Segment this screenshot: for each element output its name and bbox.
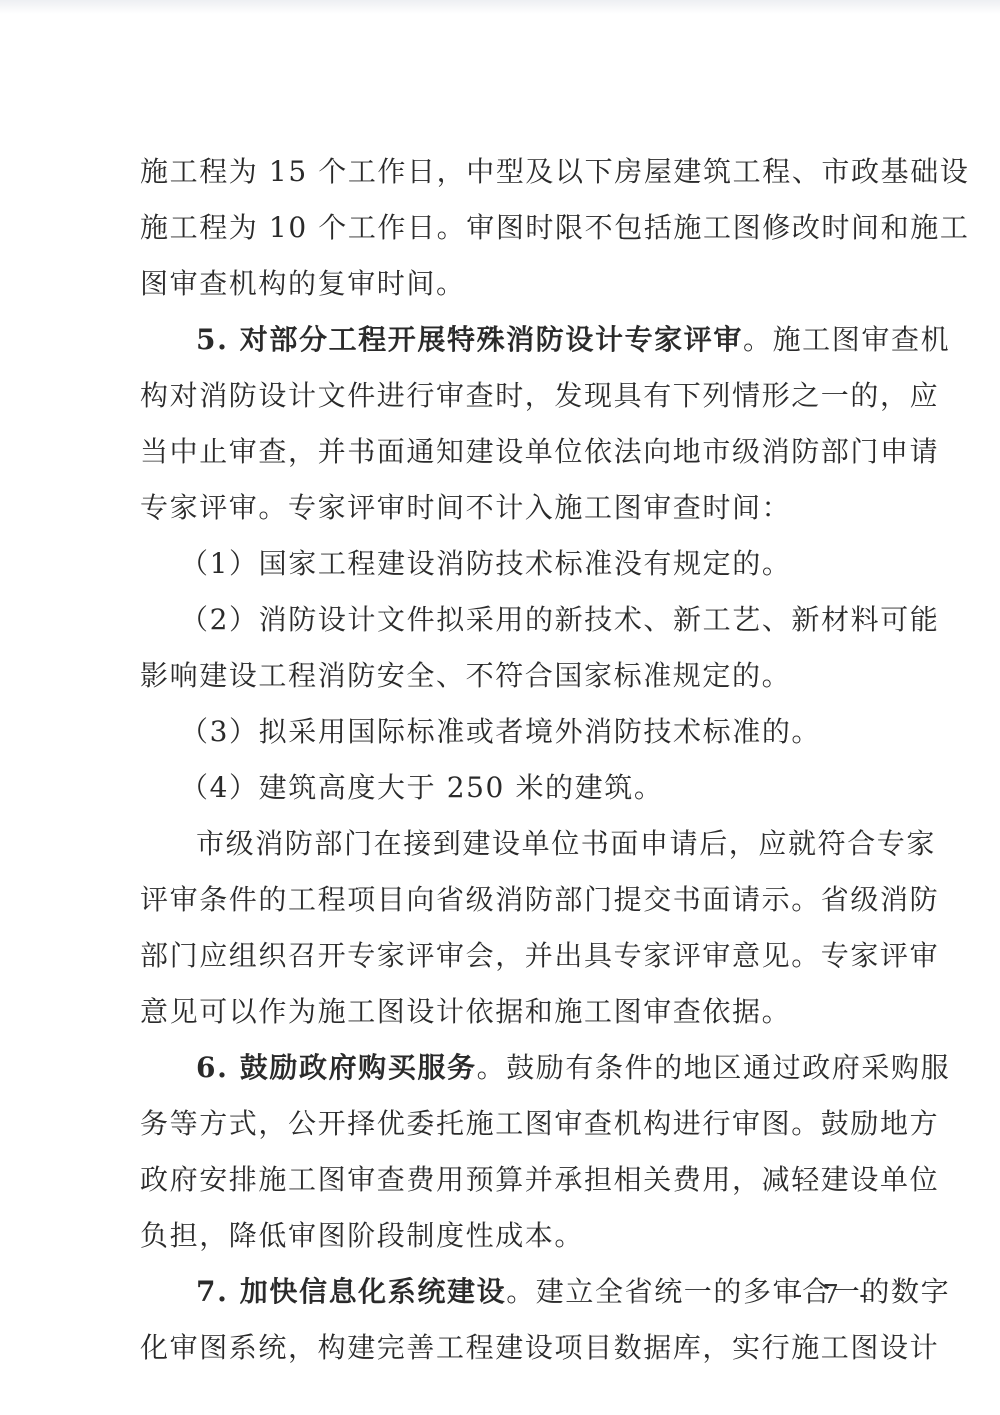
section-6-heading-tail: 。鼓励有条件的地区通过政府采购服 (477, 1051, 951, 1084)
text-line: 化审图系统，构建完善工程建设项目数据库，实行施工图设计 (140, 1328, 939, 1368)
text-line: 图审查机构的复审时间。 (140, 264, 466, 304)
list-item-1: （1）国家工程建设消防技术标准没有规定的。 (180, 544, 791, 584)
text-line: 政府安排施工图审查费用预算并承担相关费用，减轻建设单位 (140, 1160, 939, 1200)
text-line: 负担，降低审图阶段制度性成本。 (140, 1216, 584, 1256)
text-line: 构对消防设计文件进行审查时，发现具有下列情形之一的，应 (140, 376, 939, 416)
list-item-2-cont: 影响建设工程消防安全、不符合国家标准规定的。 (140, 656, 791, 696)
list-item-3: （3）拟采用国际标准或者境外消防技术标准的。 (180, 712, 821, 752)
text-line: 市级消防部门在接到建设单位书面申请后，应就符合专家 (196, 824, 936, 864)
section-5-heading-tail: 。施工图审查机 (743, 323, 950, 356)
section-7-heading: 7. 加快信息化系统建设 (196, 1275, 506, 1308)
text-line: 务等方式，公开择优委托施工图审查机构进行审图。鼓励地方 (140, 1104, 939, 1144)
section-6-heading: 6. 鼓励政府购买服务 (196, 1051, 477, 1084)
text-line: 评审条件的工程项目向省级消防部门提交书面请示。省级消防 (140, 880, 939, 920)
text-line: 意见可以作为施工图设计依据和施工图审查依据。 (140, 992, 791, 1032)
section-5-heading: 5. 对部分工程开展特殊消防设计专家评审 (196, 323, 743, 356)
text-line: 施工程为 10 个工作日。审图时限不包括施工图修改时间和施工 (140, 208, 969, 248)
page-number: - 7 - (793, 1280, 874, 1310)
section-7-heading-tail: 。建立全省统一的多审合一的数字 (506, 1275, 950, 1308)
text-line: 施工程为 15 个工作日，中型及以下房屋建筑工程、市政基础设 (140, 152, 969, 192)
list-item-4: （4）建筑高度大于 250 米的建筑。 (180, 768, 663, 808)
text-line: 当中止审查，并书面通知建设单位依法向地市级消防部门申请 (140, 432, 939, 472)
scan-edge (0, 0, 1000, 14)
text-line: 专家评审。专家评审时间不计入施工图审查时间： (140, 488, 791, 528)
section-5-heading-line: 5. 对部分工程开展特殊消防设计专家评审。施工图审查机 (196, 320, 950, 360)
section-6-heading-line: 6. 鼓励政府购买服务。鼓励有条件的地区通过政府采购服 (196, 1048, 950, 1088)
text-line: 部门应组织召开专家评审会，并出具专家评审意见。专家评审 (140, 936, 939, 976)
list-item-2: （2）消防设计文件拟采用的新技术、新工艺、新材料可能 (180, 600, 939, 640)
